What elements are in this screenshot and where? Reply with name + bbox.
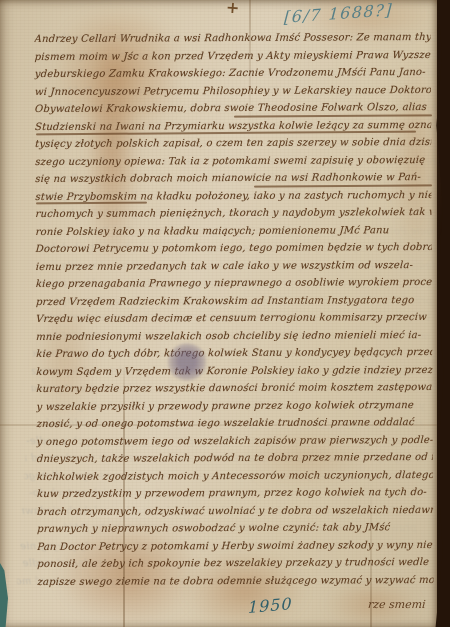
manuscript-line: prawnych y nieprawnych oswobodzać y woln… [37, 519, 434, 539]
manuscript-line: ruchomych y summach pieniężnych, tkorach… [35, 204, 432, 224]
manuscript-line: tysięcy złotych polskich zapisał, o czem… [35, 134, 432, 154]
manuscript-line: zapisze swego ziemie na te dobra odemnie… [37, 571, 434, 591]
manuscript-line: mnie podniesionymi wszelakich osob chcie… [36, 326, 433, 346]
manuscript-line: znosić, y od onego potomstwa iego wszela… [36, 414, 433, 434]
manuscript-line: y onego potomstwem iego od wszelakich za… [36, 431, 433, 451]
manuscript-line: Vrzędu więc eiusdam decimæ et censuum te… [35, 309, 432, 329]
manuscript-line: brach otrzymanych, odzyskiwać uwolniać y… [36, 501, 433, 521]
manuscript-line: kiego przenagabania Prawnego y nieprawne… [35, 274, 432, 294]
manuscript-line: kuratory będzie przez wszystkie dawności… [36, 379, 433, 399]
manuscript-lines: Andrzey Cellari Wrudnika a wsi Radhonkow… [35, 29, 434, 591]
manuscript-line: przed Vrzędem Radzieckim Krakowskim ad I… [35, 291, 432, 311]
manuscript-line: Andrzey Cellari Wrudnika a wsi Radhonkow… [34, 29, 431, 49]
manuscript-line: szego uczyniony opiewa: Tak ia z potomka… [35, 151, 432, 171]
seal-blot [167, 343, 207, 381]
archival-annotation: [6/7 1688?] [283, 0, 393, 27]
manuscript-line: y wszelakie przysiłki y przewody prawne … [36, 396, 433, 416]
manuscript-line: kichkolwiek zgodzistych moich y Antecess… [36, 466, 433, 486]
archival-number: 1950 [248, 594, 293, 617]
manuscript-line: ponosił, ale żeby ich spokoynie bez wsze… [37, 554, 434, 574]
manuscript-line: Pan Doctor Petrycy z potomkami y Herby s… [37, 536, 434, 556]
manuscript-line: iemu przez mnie przedanych tak w cale ia… [35, 256, 432, 276]
manuscript-line: ydeburskiego Zamku Krakowskiego: Zacnie … [34, 64, 431, 84]
cross-mark: + [225, 0, 240, 17]
manuscript-scan: Andrzey Cellari Wrudnika a wsi Radhonkow… [0, 0, 450, 627]
manuscript-line: Doctorowi Petrycemu y potomkom iego, teg… [35, 239, 432, 259]
manuscript-line: ronie Polskiey iako y na kładku maiących… [35, 221, 432, 241]
manuscript-line: kuw przedzystkim y przewodem prawnym, pr… [36, 484, 433, 504]
manuscript-line: kowym Sądem y Vrzędem tak w Koronie Pols… [36, 361, 433, 381]
manuscript-line: pismem moim w Jśc a kon przed Vrzędem y … [34, 46, 431, 66]
manuscript-page: Andrzey Cellari Wrudnika a wsi Radhonkow… [0, 0, 437, 627]
manuscript-line: wi Jnnocencyuszowi Petrycemu Philosophie… [34, 81, 431, 101]
manuscript-line: dnieyszych, także wszelakich podwód na t… [36, 449, 433, 469]
manuscript-line: kie Prawo do tych dóbr, którego kolwiek … [36, 344, 433, 364]
closing-fragment: rze smemi [367, 598, 426, 611]
